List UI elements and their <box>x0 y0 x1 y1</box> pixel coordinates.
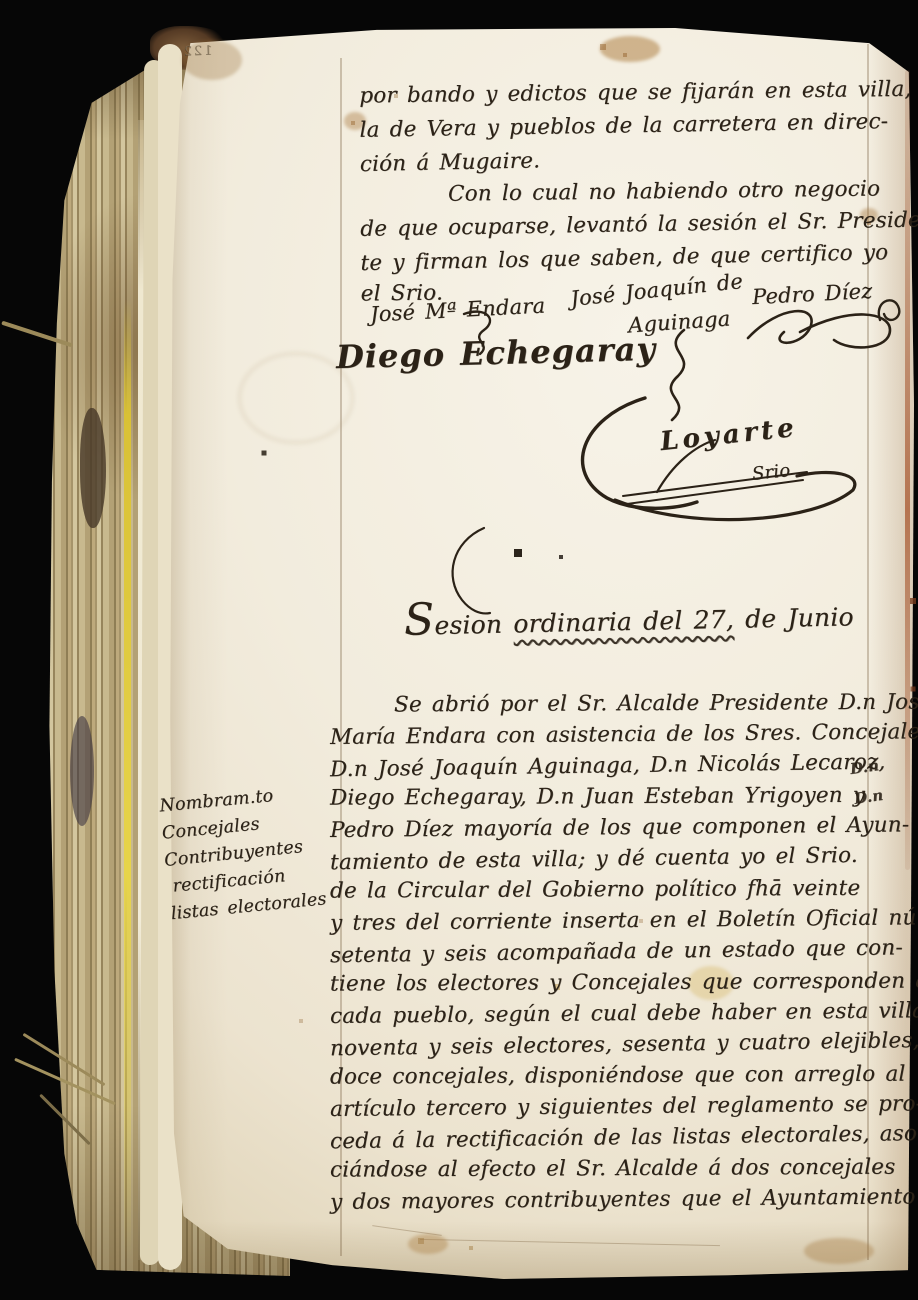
manuscript-line: doce concejales, disponiéndose que con a… <box>330 1058 918 1092</box>
manuscript-line: tiene los electores y Concejales que cor… <box>330 965 918 999</box>
manuscript-line: ciándose al efecto el Sr. Alcalde á dos … <box>330 1151 918 1185</box>
closing-paragraph: por bando y edictos que se fijarán en es… <box>359 74 918 309</box>
manuscript-line: Se abrió por el Sr. Alcalde Presidente D… <box>394 687 918 721</box>
foxing-stain <box>408 1234 448 1254</box>
heading-underlined: ordinaria del 27, <box>513 605 734 639</box>
photo-background: 122 por bando y edictos que se fijarán e… <box>0 0 918 1300</box>
heading-pre: Sesion <box>404 609 514 640</box>
spine-dark-patch-2 <box>70 716 94 826</box>
manuscript-line: de la Circular del Gobierno político fhā… <box>330 872 918 906</box>
heading-post: de Junio <box>734 602 854 634</box>
body-paragraph: Se abrió por el Sr. Alcalde Presidente D… <box>330 688 918 1215</box>
rubric-flourish <box>738 292 910 360</box>
foxing-stain <box>600 36 660 62</box>
margin-note: Nombram.to Concejales Contribuyentes rec… <box>158 779 327 927</box>
paper-speckles <box>0 0 2 2</box>
margin-mark: D.n <box>852 780 885 814</box>
manuscript-line: Diego Echegaray, D.n Juan Esteban Yrigoy… <box>330 779 918 813</box>
signature-secretary-role: Srio <box>751 460 791 485</box>
spine-dark-patch <box>80 408 106 528</box>
margin-mark: D.n <box>848 750 881 784</box>
manuscript-line: y dos mayores contribuyentes que el Ayun… <box>330 1181 918 1218</box>
yellow-page-edge <box>124 300 131 1260</box>
foxing-stain <box>804 1238 874 1264</box>
page-number-showthrough: 122 <box>182 43 213 59</box>
